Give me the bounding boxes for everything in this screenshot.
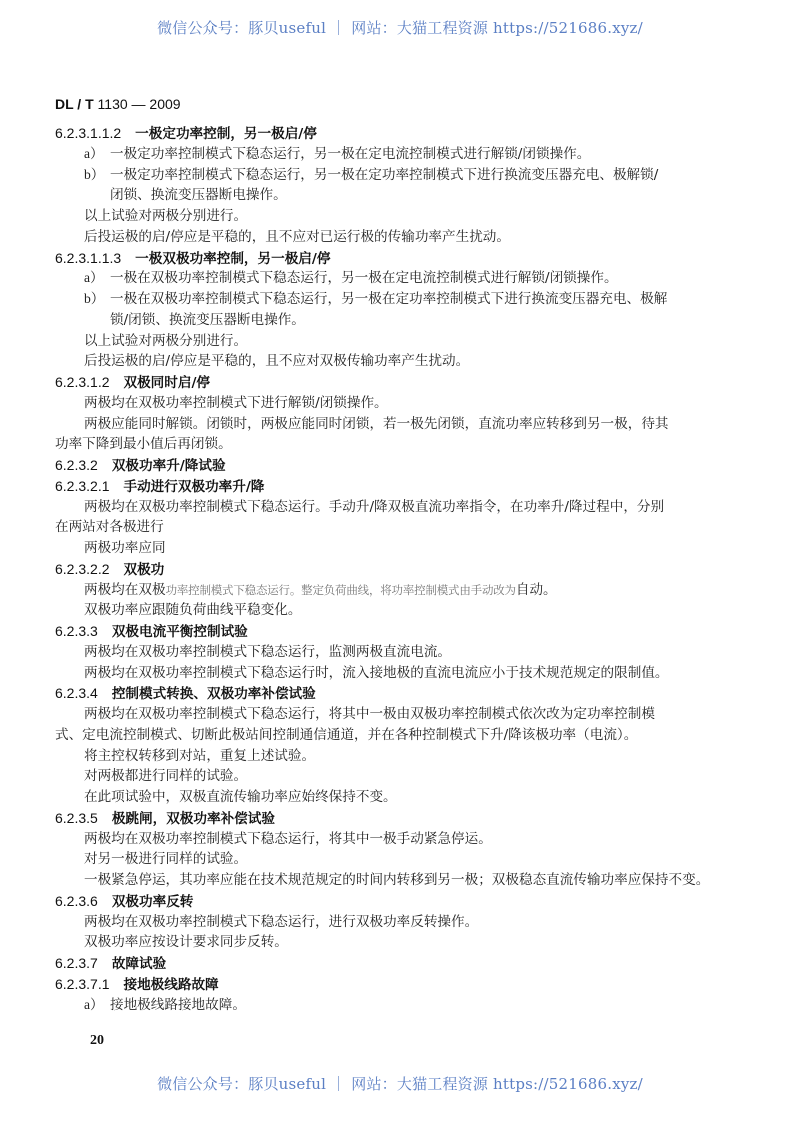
watermark-header: 微信公众号：豚贝useful ｜ 网站：大猫工程资源 https://52168… bbox=[0, 17, 800, 38]
page-number: 20 bbox=[90, 1033, 104, 1049]
paragraph-line: 两极应能同时解锁。闭锁时，两极应能同时闭锁，若一极先闭锁，直流功率应转移到另一极… bbox=[55, 414, 745, 435]
paragraph-line: 式、定电流控制模式、切断此极站间控制通信通道，并在各种控制模式下升/降该极功率（… bbox=[55, 725, 745, 746]
paragraph-line: 后投运极的启/停应是平稳的，且不应对双极传输功率产生扰动。 bbox=[55, 351, 745, 372]
section-title: 双极电流平衡控制试验 bbox=[112, 624, 248, 640]
paragraph-line: 对另一极进行同样的试验。 bbox=[55, 849, 745, 870]
paragraph-line: 双极功率应跟随负荷曲线平稳变化。 bbox=[55, 600, 745, 621]
paragraph-line: 两极均在双极功率控制模式下稳态运行，将其中一极手动紧急停运。 bbox=[55, 829, 745, 850]
section-heading: 6.2.3.2双极功率升/降试验 bbox=[55, 455, 745, 476]
section-number: 6.2.3.6 bbox=[55, 893, 98, 909]
section-number: 6.2.3.1.2 bbox=[55, 374, 110, 390]
list-item: b）一极定功率控制模式下稳态运行，另一极在定功率控制模式下进行换流变压器充电、极… bbox=[55, 165, 745, 186]
paragraph-line: 两极均在双极功率控制模式下稳态运行，将其中一极由双极功率控制模式依次改为定功率控… bbox=[55, 704, 745, 725]
list-item-continuation: 闭锁、换流变压器断电操作。 bbox=[55, 185, 745, 206]
section-heading: 6.2.3.5极跳闸，双极功率补偿试验 bbox=[55, 808, 745, 829]
paragraph-text: 两极均在双极 bbox=[84, 582, 166, 598]
section-title: 手动进行双极功率升/降 bbox=[124, 479, 265, 495]
section-number: 6.2.3.5 bbox=[55, 810, 98, 826]
list-marker: a） bbox=[84, 268, 110, 289]
section-title: 控制模式转换、双极功率补偿试验 bbox=[112, 686, 316, 702]
list-item: b）一极在双极功率控制模式下稳态运行，另一极在定功率控制模式下进行换流变压器充电… bbox=[55, 289, 745, 310]
section-number: 6.2.3.2.1 bbox=[55, 478, 110, 494]
list-item: a）一极在双极功率控制模式下稳态运行，另一极在定电流控制模式进行解锁/闭锁操作。 bbox=[55, 268, 745, 289]
list-marker: b） bbox=[84, 289, 110, 310]
paragraph-line: 两极均在双极功率控制模式下稳态运行，进行双极功率反转操作。 bbox=[55, 912, 745, 933]
section-heading: 6.2.3.7.1接地极线路故障 bbox=[55, 974, 745, 995]
section-title: 双极功率升/降试验 bbox=[112, 458, 226, 474]
list-item-text: 一极在双极功率控制模式下稳态运行，另一极在定电流控制模式进行解锁/闭锁操作。 bbox=[110, 270, 618, 286]
doc-code-number: 1130 — 2009 bbox=[98, 96, 181, 112]
doc-code-prefix: DL / T bbox=[55, 96, 98, 112]
paragraph-line: 两极均在双极功率控制模式下稳态运行。手动升/降双极直流功率指令，在功率升/降过程… bbox=[55, 497, 745, 518]
watermark-footer: 微信公众号：豚贝useful ｜ 网站：大猫工程资源 https://52168… bbox=[0, 1073, 800, 1094]
document-body: 6.2.3.1.1.2一极定功率控制，另一极启/停a）一极定功率控制模式下稳态运… bbox=[55, 123, 745, 1015]
paragraph-line: 一极紧急停运，其功率应能在技术规范规定的时间内转移到另一极；双极稳态直流传输功率… bbox=[55, 870, 745, 891]
paragraph-line: 两极均在双极功率控制模式下稳态运行，监测两极直流电流。 bbox=[55, 642, 745, 663]
section-heading: 6.2.3.3双极电流平衡控制试验 bbox=[55, 621, 745, 642]
section-heading: 6.2.3.7故障试验 bbox=[55, 953, 745, 974]
section-title: 接地极线路故障 bbox=[124, 977, 219, 993]
list-marker: a） bbox=[84, 995, 110, 1016]
list-item-text: 接地极线路接地故障。 bbox=[110, 997, 246, 1013]
list-item-text: 一极定功率控制模式下稳态运行，另一极在定电流控制模式进行解锁/闭锁操作。 bbox=[110, 146, 590, 162]
list-item-continuation: 锁/闭锁、换流变压器断电操作。 bbox=[55, 310, 745, 331]
section-title: 故障试验 bbox=[112, 956, 166, 972]
section-heading: 6.2.3.1.2双极同时启/停 bbox=[55, 372, 745, 393]
paragraph-line: 在两站对各极进行 bbox=[55, 517, 745, 538]
section-heading: 6.2.3.4控制模式转换、双极功率补偿试验 bbox=[55, 683, 745, 704]
paragraph-line: 两极均在双极功率控制模式下进行解锁/闭锁操作。 bbox=[55, 393, 745, 414]
paragraph-text: 自动。 bbox=[516, 582, 557, 598]
section-number: 6.2.3.1.1.3 bbox=[55, 250, 121, 266]
paragraph-line: 将主控权转移到对站，重复上述试验。 bbox=[55, 746, 745, 767]
section-heading: 6.2.3.6双极功率反转 bbox=[55, 891, 745, 912]
section-heading: 6.2.3.2.1手动进行双极功率升/降 bbox=[55, 476, 745, 497]
section-heading: 6.2.3.1.1.3一极双极功率控制，另一极启/停 bbox=[55, 248, 745, 269]
section-title: 双极功率反转 bbox=[112, 894, 194, 910]
section-heading: 6.2.3.2.2双极功 bbox=[55, 559, 745, 580]
section-title: 一极双极功率控制，另一极启/停 bbox=[135, 251, 330, 267]
paragraph-line: 两极均在双极功率控制模式下稳态运行时，流入接地极的直流电流应小于技术规范规定的限… bbox=[55, 663, 745, 684]
section-title: 极跳闸，双极功率补偿试验 bbox=[112, 811, 275, 827]
section-number: 6.2.3.2.2 bbox=[55, 561, 110, 577]
list-item-text: 一极定功率控制模式下稳态运行，另一极在定功率控制模式下进行换流变压器充电、极解锁… bbox=[110, 167, 658, 183]
section-number: 6.2.3.4 bbox=[55, 685, 98, 701]
section-number: 6.2.3.7.1 bbox=[55, 976, 110, 992]
paragraph-line: 后投运极的启/停应是平稳的，且不应对已运行极的传输功率产生扰动。 bbox=[55, 227, 745, 248]
section-number: 6.2.3.2 bbox=[55, 457, 98, 473]
list-item: a）一极定功率控制模式下稳态运行，另一极在定电流控制模式进行解锁/闭锁操作。 bbox=[55, 144, 745, 165]
degraded-text: 功率控制模式下稳态运行。整定负荷曲线，将功率控制模式由手动改为 bbox=[166, 583, 516, 597]
section-number: 6.2.3.1.1.2 bbox=[55, 125, 121, 141]
paragraph-line: 双极功率应按设计要求同步反转。 bbox=[55, 932, 745, 953]
paragraph-line: 以上试验对两极分别进行。 bbox=[55, 331, 745, 352]
paragraph-line: 以上试验对两极分别进行。 bbox=[55, 206, 745, 227]
section-number: 6.2.3.3 bbox=[55, 623, 98, 639]
section-heading: 6.2.3.1.1.2一极定功率控制，另一极启/停 bbox=[55, 123, 745, 144]
section-title: 双极功 bbox=[124, 562, 165, 578]
list-item-text: 一极在双极功率控制模式下稳态运行，另一极在定功率控制模式下进行换流变压器充电、极… bbox=[110, 291, 667, 307]
list-marker: b） bbox=[84, 165, 110, 186]
document-code: DL / T 1130 — 2009 bbox=[55, 96, 181, 112]
paragraph-line: 对两极都进行同样的试验。 bbox=[55, 766, 745, 787]
paragraph-line: 两极功率应同 bbox=[55, 538, 745, 559]
section-number: 6.2.3.7 bbox=[55, 955, 98, 971]
paragraph-line: 功率下降到最小值后再闭锁。 bbox=[55, 434, 745, 455]
section-title: 一极定功率控制，另一极启/停 bbox=[135, 126, 317, 142]
paragraph-line: 在此项试验中，双极直流传输功率应始终保持不变。 bbox=[55, 787, 745, 808]
paragraph-line: 两极均在双极功率控制模式下稳态运行。整定负荷曲线，将功率控制模式由手动改为自动。 bbox=[55, 580, 745, 601]
section-title: 双极同时启/停 bbox=[124, 375, 211, 391]
list-item: a）接地极线路接地故障。 bbox=[55, 995, 745, 1016]
list-marker: a） bbox=[84, 144, 110, 165]
